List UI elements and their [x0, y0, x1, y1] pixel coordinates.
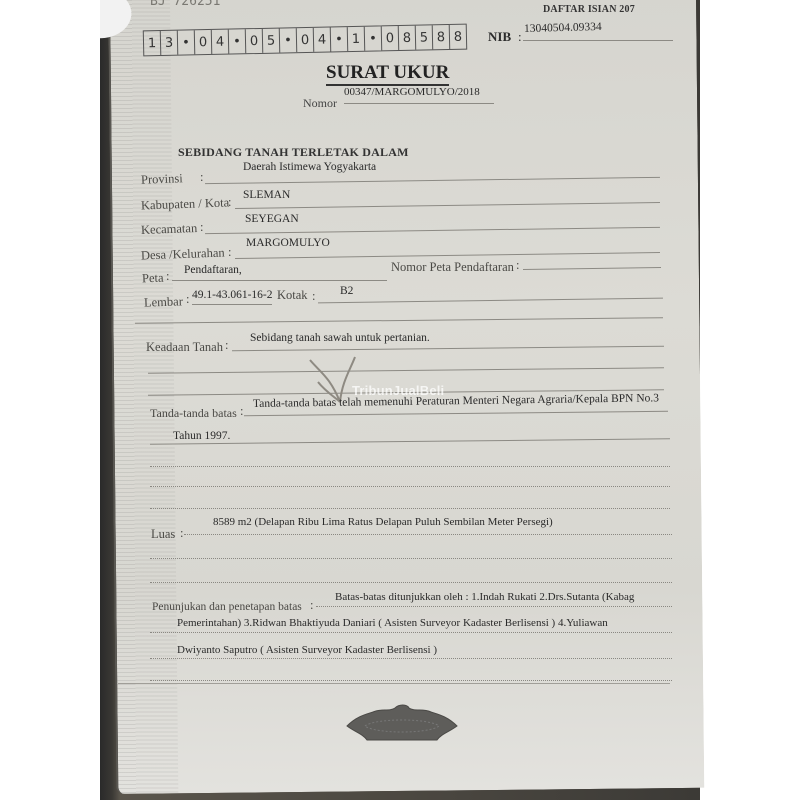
- desa-label: Desa /Kelurahan: [141, 246, 225, 264]
- penunjukan-label: Penunjukan dan penetapan batas: [152, 601, 302, 613]
- code-digit-box: 0: [195, 30, 212, 54]
- code-digit-box: 5: [416, 25, 433, 49]
- penunjukan-underline: [316, 606, 672, 607]
- luas-label: Luas: [151, 527, 175, 542]
- document-title: SURAT UKUR: [326, 62, 449, 86]
- tanda-batas-label: Tanda-tanda batas: [150, 406, 237, 421]
- section-border: [118, 683, 670, 684]
- code-digit-box: 8: [433, 25, 450, 49]
- code-digit-box: 0: [246, 29, 263, 53]
- nomor-peta-colon: :: [516, 258, 519, 273]
- penunjukan-line1: Batas-batas ditunjukkan oleh : 1.Indah R…: [335, 591, 634, 603]
- desa-colon: :: [228, 245, 231, 260]
- lembar-label: Lembar: [144, 294, 183, 310]
- keadaan-tanah-value: Sebidang tanah sawah untuk pertanian.: [250, 332, 430, 344]
- penunjukan-underline-2: [150, 632, 672, 633]
- blank-line: [150, 466, 670, 467]
- code-digit-box: 5: [263, 29, 280, 53]
- penunjukan-underline-3: [150, 658, 672, 659]
- kabupaten-colon: :: [228, 195, 231, 210]
- code-digit-box: 8: [399, 26, 416, 50]
- code-digit-box: 4: [314, 27, 331, 51]
- keadaan-tanah-label: Keadaan Tanah: [146, 340, 223, 355]
- nomor-label: Nomor: [303, 96, 337, 111]
- code-digit-box: •: [229, 29, 246, 53]
- blank-line: [150, 680, 672, 681]
- blank-line: [150, 508, 670, 509]
- blank-line: [150, 582, 672, 583]
- nib-underline: [523, 40, 673, 41]
- top-partial-number: BJ 726251: [150, 0, 220, 9]
- peta-underline: [172, 280, 387, 281]
- peta-colon: :: [166, 269, 169, 284]
- penunjukan-line3: Dwiyanto Saputro ( Asisten Surveyor Kada…: [177, 644, 437, 656]
- code-digit-box: •: [280, 28, 297, 52]
- lembar-colon: :: [186, 292, 189, 307]
- code-digit-box: 1: [144, 31, 161, 55]
- nib-value: 13040504.09334: [524, 21, 602, 35]
- desa-value: MARGOMULYO: [246, 237, 330, 249]
- penunjukan-colon: :: [310, 598, 313, 613]
- code-digit-box: 0: [297, 28, 314, 52]
- code-digit-box: •: [331, 27, 348, 51]
- kotak-value: B2: [340, 285, 353, 297]
- lembar-value: 49.1-43.061-16-2: [192, 289, 273, 301]
- kecamatan-label: Kecamatan: [141, 221, 198, 238]
- code-digit-box: 0: [382, 26, 399, 50]
- nib-colon: :: [518, 29, 522, 45]
- luas-value: 8589 m2 (Delapan Ribu Lima Ratus Delapan…: [213, 516, 553, 528]
- provinsi-label: Provinsi: [141, 171, 183, 187]
- keadaan-tanah-colon: :: [225, 338, 228, 353]
- code-digit-box: 1: [348, 27, 365, 51]
- code-digit-box: 4: [212, 30, 229, 54]
- section-heading: SEBIDANG TANAH TERLETAK DALAM: [178, 145, 409, 160]
- kabupaten-label: Kabupaten / Kota: [141, 195, 230, 213]
- kotak-colon: :: [312, 289, 315, 304]
- form-id: DAFTAR ISIAN 207: [543, 4, 635, 15]
- blank-line: [150, 486, 670, 487]
- code-digit-box: •: [178, 30, 195, 54]
- luas-colon: :: [180, 526, 183, 541]
- nomor-peta-label: Nomor Peta Pendaftaran: [391, 260, 514, 275]
- luas-underline: [184, 534, 672, 535]
- nomor-value: 00347/MARGOMULYO/2018: [344, 86, 480, 98]
- code-digit-box: •: [365, 26, 382, 50]
- lembar-underline: [192, 304, 272, 305]
- tanda-batas-colon: :: [240, 404, 243, 419]
- seal-ornament-icon: [345, 704, 459, 742]
- provinsi-colon: :: [200, 170, 203, 185]
- nomor-underline: [344, 103, 494, 104]
- code-digit-box: 8: [450, 25, 466, 49]
- peta-value: Pendaftaran,: [184, 264, 242, 276]
- kecamatan-value: SEYEGAN: [245, 213, 299, 225]
- code-digit-box: 3: [161, 31, 178, 55]
- penunjukan-line2: Pemerintahan) 3.Ridwan Bhaktiyuda Daniar…: [177, 617, 608, 629]
- kecamatan-colon: :: [200, 220, 203, 235]
- tanda-batas-line2: Tahun 1997.: [173, 430, 230, 442]
- blank-line: [150, 558, 672, 559]
- provinsi-value: Daerah Istimewa Yogyakarta: [243, 161, 376, 173]
- peta-label: Peta: [142, 271, 164, 287]
- paper-clip-shadow: [100, 0, 140, 45]
- kabupaten-value: SLEMAN: [243, 189, 290, 201]
- kotak-label: Kotak: [277, 288, 308, 303]
- nib-label: NIB: [488, 29, 511, 45]
